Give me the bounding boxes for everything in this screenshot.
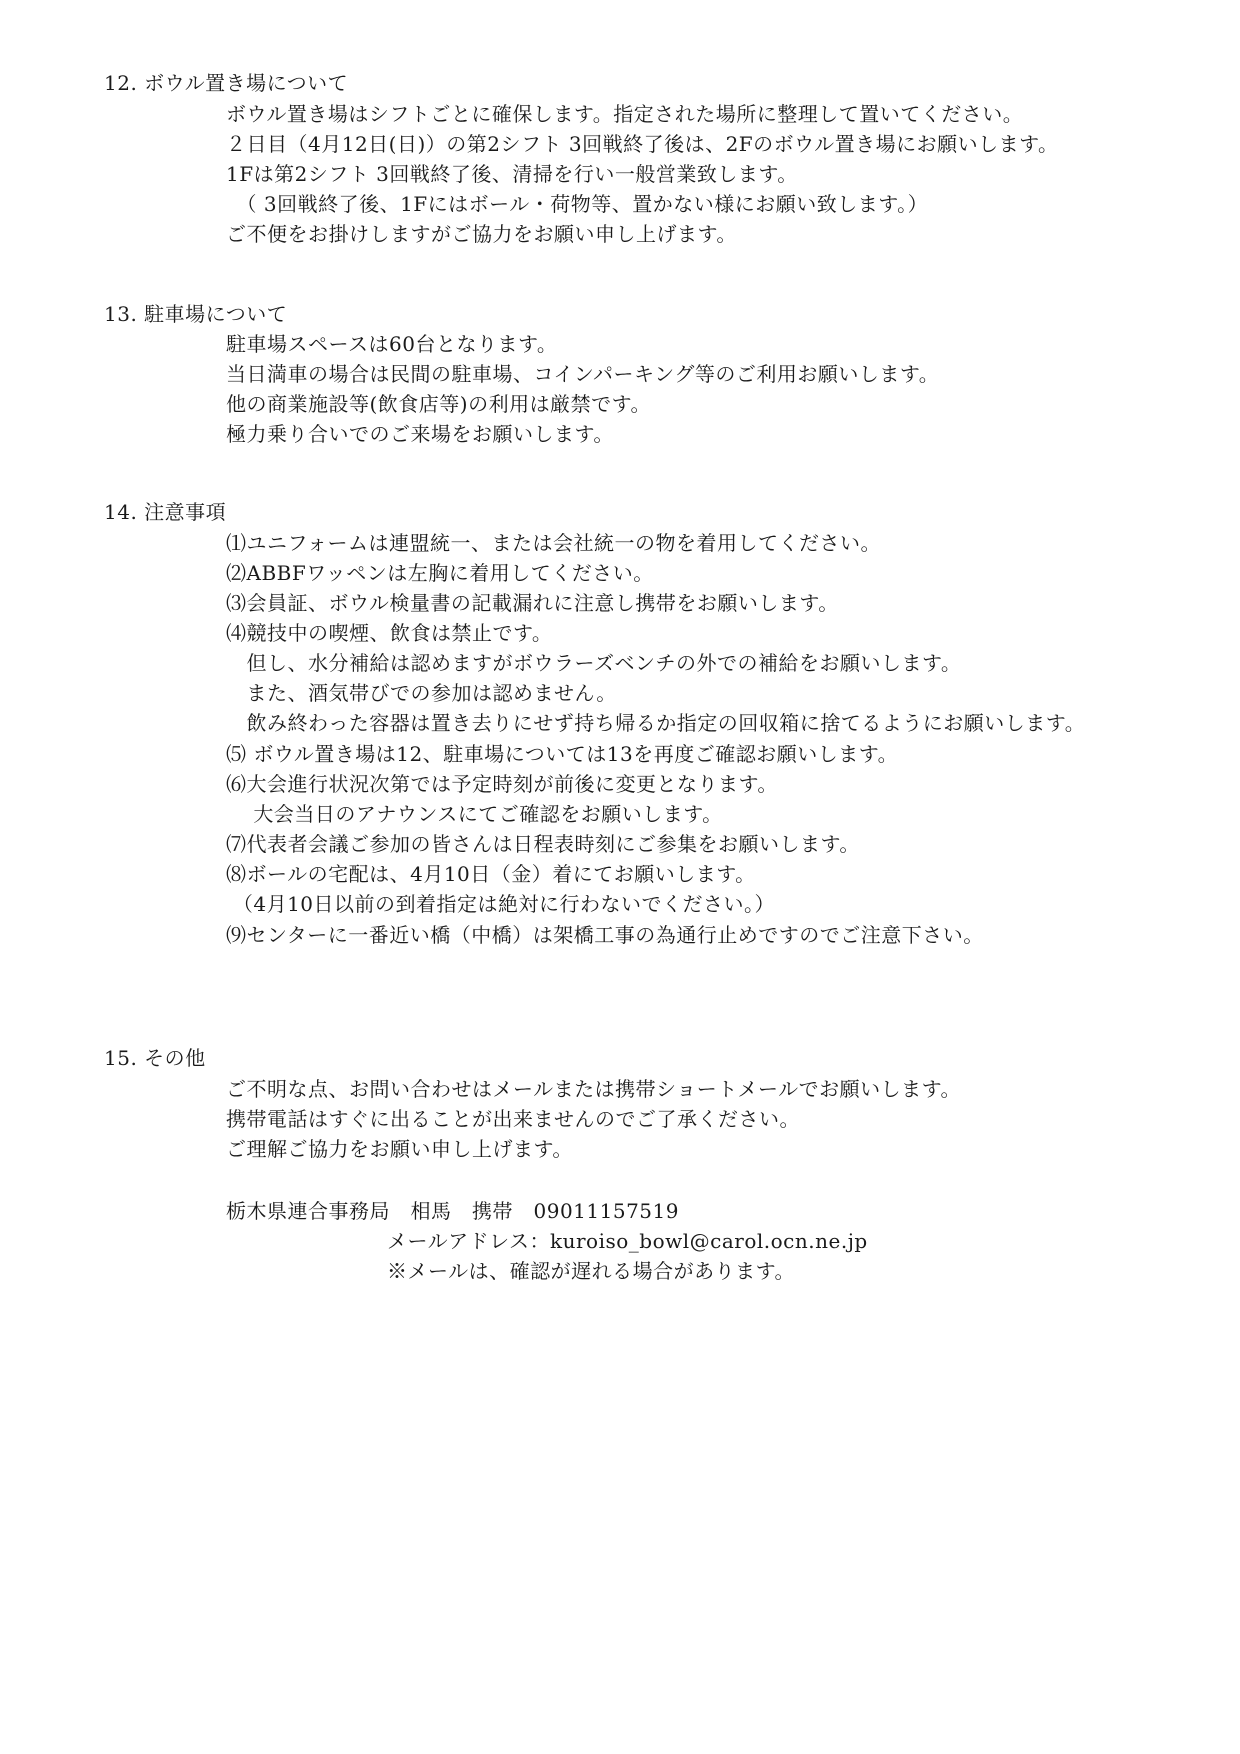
section-15-line: ご理解ご協力をお願い申し上げます。 bbox=[226, 1136, 573, 1162]
notice-item: ⑻ボールの宅配は、4月10日（金）着にてお願いします。 bbox=[226, 861, 756, 887]
section-heading-13: 13. 駐車場について bbox=[104, 301, 287, 327]
notice-item-continuation: また、酒気帯びでの参加は認めません。 bbox=[226, 680, 617, 706]
section-12-line: 1Fは第2シフト 3回戦終了後、清掃を行い一般営業致します。 bbox=[226, 161, 798, 187]
section-15-line: 携帯電話はすぐに出ることが出来ませんのでご了承ください。 bbox=[226, 1106, 800, 1132]
section-heading-14: 14. 注意事項 bbox=[104, 499, 226, 525]
notice-item: ⑸ ボウル置き場は12、駐車場については13を再度ご確認お願いします。 bbox=[226, 741, 898, 767]
notice-item: ⑹大会進行状況次第では予定時刻が前後に変更となります。 bbox=[226, 771, 778, 797]
notice-item: ⑺代表者会議ご参加の皆さんは日程表時刻にご参集をお願いします。 bbox=[226, 831, 860, 857]
notice-item-continuation: 飲み終わった容器は置き去りにせず持ち帰るか指定の回収箱に捨てるようにお願いします… bbox=[226, 710, 1085, 736]
notice-item-continuation: （4月10日以前の到着指定は絶対に行わないでください。） bbox=[226, 891, 775, 917]
notice-item-continuation: 大会当日のアナウンスにてご確認をお願いします。 bbox=[226, 801, 723, 827]
section-heading-12: 12. ボウル置き場について bbox=[104, 70, 348, 96]
section-13-line: 当日満車の場合は民間の駐車場、コインパーキング等のご利用お願いします。 bbox=[226, 361, 939, 387]
notice-item: ⑴ユニフォームは連盟統一、または会社統一の物を着用してください。 bbox=[226, 530, 881, 556]
notice-item: ⑼センターに一番近い橋（中橋）は架橋工事の為通行止めですのでご注意下さい。 bbox=[226, 922, 984, 948]
contact-email: メールアドレス：kuroiso_bowl@carol.ocn.ne.jp bbox=[387, 1228, 868, 1254]
contact-office: 栃木県連合事務局 相馬 携帯 09011157519 bbox=[226, 1198, 679, 1224]
contact-note: ※メールは、確認が遅れる場合があります。 bbox=[387, 1258, 795, 1284]
section-12-line: ボウル置き場はシフトごとに確保します。指定された場所に整理して置いてください。 bbox=[226, 101, 1023, 127]
notice-item-continuation: 但し、水分補給は認めますがボウラーズベンチの外での補給をお願いします。 bbox=[226, 650, 961, 676]
section-12-line: （ 3回戦終了後、1Fにはボール・荷物等、置かない様にお願い致します。） bbox=[226, 191, 928, 217]
section-13-line: 他の商業施設等(飲食店等)の利用は厳禁です。 bbox=[226, 391, 651, 417]
section-heading-15: 15. その他 bbox=[104, 1045, 206, 1071]
section-13-line: 駐車場スペースは60台となります。 bbox=[226, 331, 557, 357]
section-12-line: ご不便をお掛けしますがご協力をお願い申し上げます。 bbox=[226, 221, 737, 247]
section-15-line: ご不明な点、お問い合わせはメールまたは携帯ショートメールでお願いします。 bbox=[226, 1076, 961, 1102]
notice-item: ⑶会員証、ボウル検量書の記載漏れに注意し携帯をお願いします。 bbox=[226, 590, 839, 616]
notice-item: ⑵ABBFワッペンは左胸に着用してください。 bbox=[226, 560, 654, 586]
document-page: 12. ボウル置き場について ボウル置き場はシフトごとに確保します。指定された場… bbox=[0, 0, 1240, 1754]
notice-item: ⑷競技中の喫煙、飲食は禁止です。 bbox=[226, 620, 552, 646]
section-13-line: 極力乗り合いでのご来場をお願いします。 bbox=[226, 421, 614, 447]
section-12-line: ２日目（4月12日(日)）の第2シフト 3回戦終了後は、2Fのボウル置き場にお願… bbox=[226, 131, 1059, 157]
